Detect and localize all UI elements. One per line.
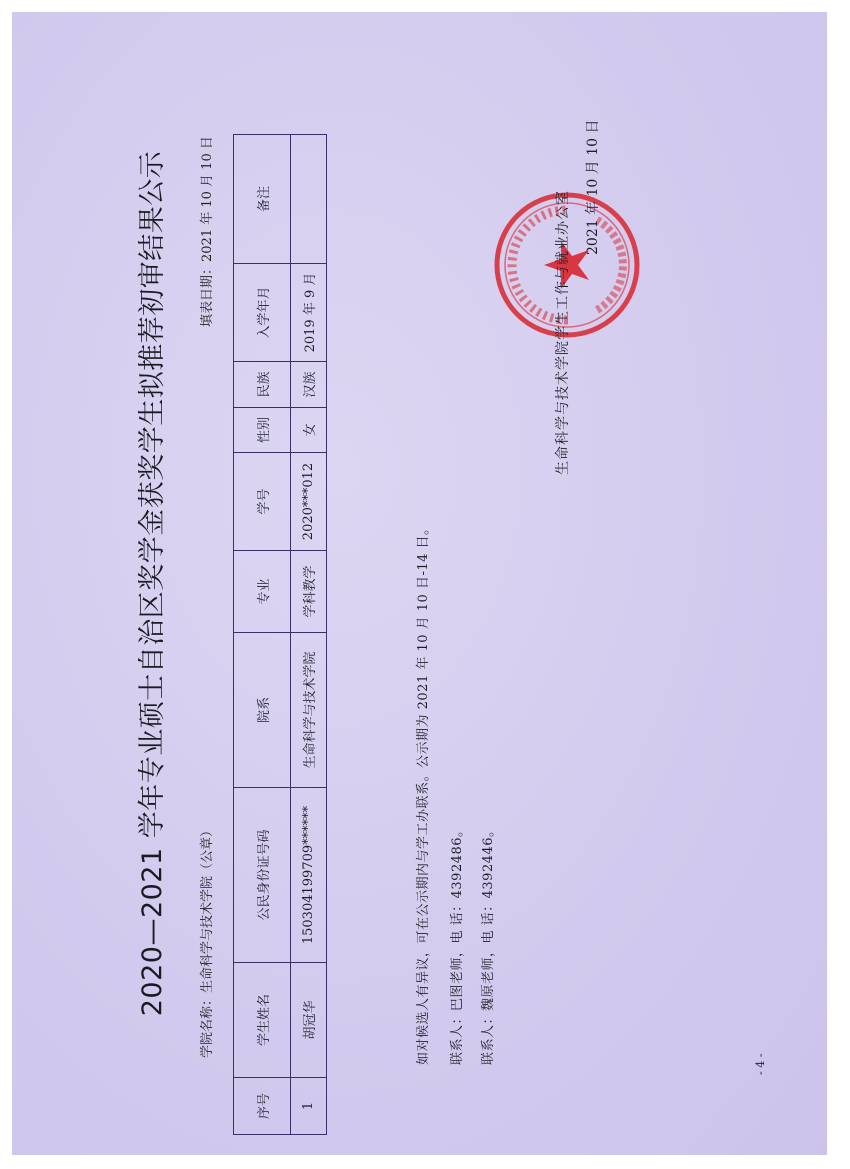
- header-cell: 序号: [234, 1078, 291, 1135]
- college-label: 学院名称：: [200, 993, 215, 1058]
- cell-id-number: 150304199709******: [291, 788, 327, 963]
- cell-enrollment: 2019 年 9 月: [291, 264, 327, 362]
- header-cell: 入学年月: [234, 264, 291, 362]
- header-cell: 公民身份证号码: [234, 788, 291, 963]
- cell-department: 生命科学与技术学院: [291, 633, 327, 788]
- contact-line-2: 联系人：魏原老师，电 话：4392446。: [477, 823, 496, 1065]
- cell-index: 1: [291, 1078, 327, 1135]
- document-title: 2020—2021 学年专业硕士自治区奖学金获奖学生拟推荐初审结果公示: [130, 12, 169, 1155]
- objection-note: 如对候选人有异议，可在公示期内与学工办联系。公示期为 2021 年 10 月 1…: [412, 521, 431, 1065]
- signing-date: 2021 年 10 月 10 日: [582, 119, 602, 255]
- college-line: 学院名称：生命科学与技术学院（公章）: [196, 824, 215, 1058]
- cell-ethnicity: 汉族: [291, 362, 327, 408]
- cell-remarks: [291, 135, 327, 264]
- cell-major: 学科教学: [291, 551, 327, 633]
- header-cell: 专业: [234, 551, 291, 633]
- table-row: 1 胡冠华 150304199709****** 生命科学与技术学院 学科教学 …: [291, 135, 327, 1135]
- header-cell: 学号: [234, 453, 291, 551]
- header-cell: 民族: [234, 362, 291, 408]
- contact-line-1: 联系人：巴图老师，电 话：4392486。: [446, 823, 465, 1065]
- header-cell: 性别: [234, 408, 291, 453]
- header-cell: 备注: [234, 135, 291, 264]
- college-name: 生命科学与技术学院（公章）: [200, 824, 215, 993]
- table-header-row: 序号 学生姓名 公民身份证号码 院系 专业 学号 性别 民族 入学年月 备注: [234, 135, 291, 1135]
- page-number: - 4 -: [754, 1054, 767, 1075]
- fill-date-label: 填表日期：: [200, 262, 215, 327]
- cell-gender: 女: [291, 408, 327, 453]
- fill-date-value: 2021 年 10 月 10 日: [200, 136, 215, 262]
- header-cell: 学生姓名: [234, 963, 291, 1078]
- scanned-page: 2020—2021 学年专业硕士自治区奖学金获奖学生拟推荐初审结果公示 学院名称…: [12, 12, 827, 1155]
- header-cell: 院系: [234, 633, 291, 788]
- nominee-table: 序号 学生姓名 公民身份证号码 院系 专业 学号 性别 民族 入学年月 备注 1…: [233, 134, 327, 1135]
- signing-office: 生命科学与技术学院学生工作与就业办公室: [552, 190, 572, 475]
- cell-student-id: 2020***012: [291, 453, 327, 551]
- cell-student-name: 胡冠华: [291, 963, 327, 1078]
- fill-date-line: 填表日期：2021 年 10 月 10 日: [196, 136, 215, 327]
- rotated-page-content: 2020—2021 学年专业硕士自治区奖学金获奖学生拟推荐初审结果公示 学院名称…: [12, 12, 827, 1155]
